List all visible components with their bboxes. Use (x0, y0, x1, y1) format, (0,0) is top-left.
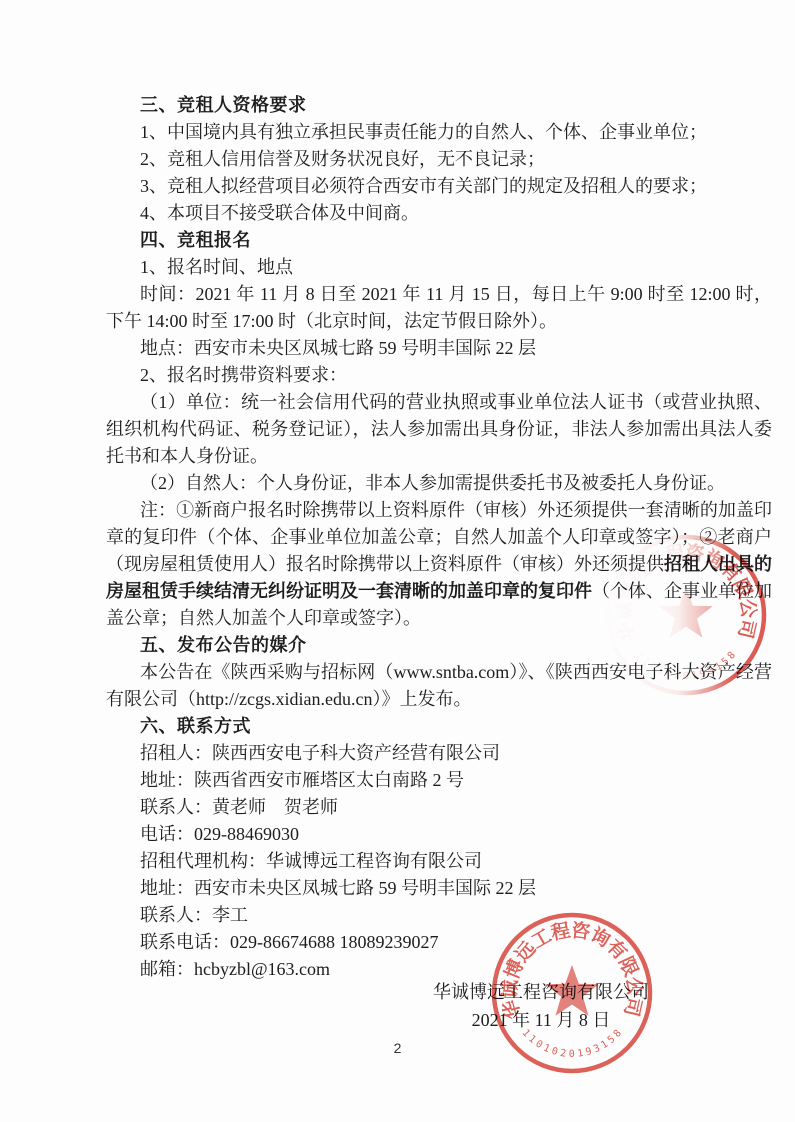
registration-time: 时间：2021 年 11 月 8 日至 2021 年 11 月 15 日，每日上… (106, 281, 772, 335)
svg-text:1101020193158: 1101020193158 (520, 1027, 625, 1060)
contact-lessor: 招租人：陕西西安电子科大资产经营有限公司 (106, 740, 772, 767)
materials-unit: （1）单位：统一社会信用代码的营业执照或事业单位法人证书（或营业执照、组织机构代… (106, 389, 772, 470)
contact-agency-person: 联系人：李工 (106, 902, 772, 929)
section-3-heading: 三、竞租人资格要求 (106, 92, 772, 119)
contact-persons: 联系人：黄老师 贺老师 (106, 794, 772, 821)
qualification-item-3: 3、竞租人拟经营项目必须符合西安市有关部门的规定及招租人的要求； (106, 173, 772, 200)
seal-serial-number: 1101020193158 (634, 649, 739, 682)
contact-phone: 电话：029-88469030 (106, 821, 772, 848)
contact-lessor-address: 地址：陕西省西安市雁塔区太白南路 2 号 (106, 767, 772, 794)
section-6-heading: 六、联系方式 (106, 713, 772, 740)
qualification-item-1: 1、中国境内具有独立承担民事责任能力的自然人、个体、企事业单位； (106, 119, 772, 146)
partial-edge-seal-stamp: 华诚博远工程咨询有限公司 1101020193158 (601, 530, 771, 700)
section-4-heading: 四、竞租报名 (106, 227, 772, 254)
qualification-item-2: 2、竞租人信用信誉及财务状况良好，无不良记录； (106, 146, 772, 173)
registration-place: 地点：西安市未央区凤城七路 59 号明丰国际 22 层 (106, 335, 772, 362)
page-number: 2 (0, 1040, 795, 1056)
contact-agency: 招租代理机构：华诚博远工程咨询有限公司 (106, 848, 772, 875)
document-page: 三、竞租人资格要求 1、中国境内具有独立承担民事责任能力的自然人、个体、企事业单… (0, 0, 795, 1122)
svg-text:1101020193158: 1101020193158 (634, 649, 739, 682)
company-seal-stamp: 华诚博远工程咨询有限公司 1101020193158 (487, 908, 657, 1078)
materials-person: （2）自然人：个人身份证，非本人参加需提供委托书及被委托人身份证。 (106, 470, 772, 497)
contact-agency-phone: 联系电话：029-86674688 18089239027 (106, 929, 772, 956)
star-icon (659, 587, 712, 638)
seal-serial-number: 1101020193158 (520, 1027, 625, 1060)
contact-agency-address: 地址：西安市未央区凤城七路 59 号明丰国际 22 层 (106, 875, 772, 902)
star-icon (545, 965, 598, 1016)
registration-time-title: 1、报名时间、地点 (106, 254, 772, 281)
qualification-item-4: 4、本项目不接受联合体及中间商。 (106, 200, 772, 227)
materials-title: 2、报名时携带资料要求： (106, 362, 772, 389)
